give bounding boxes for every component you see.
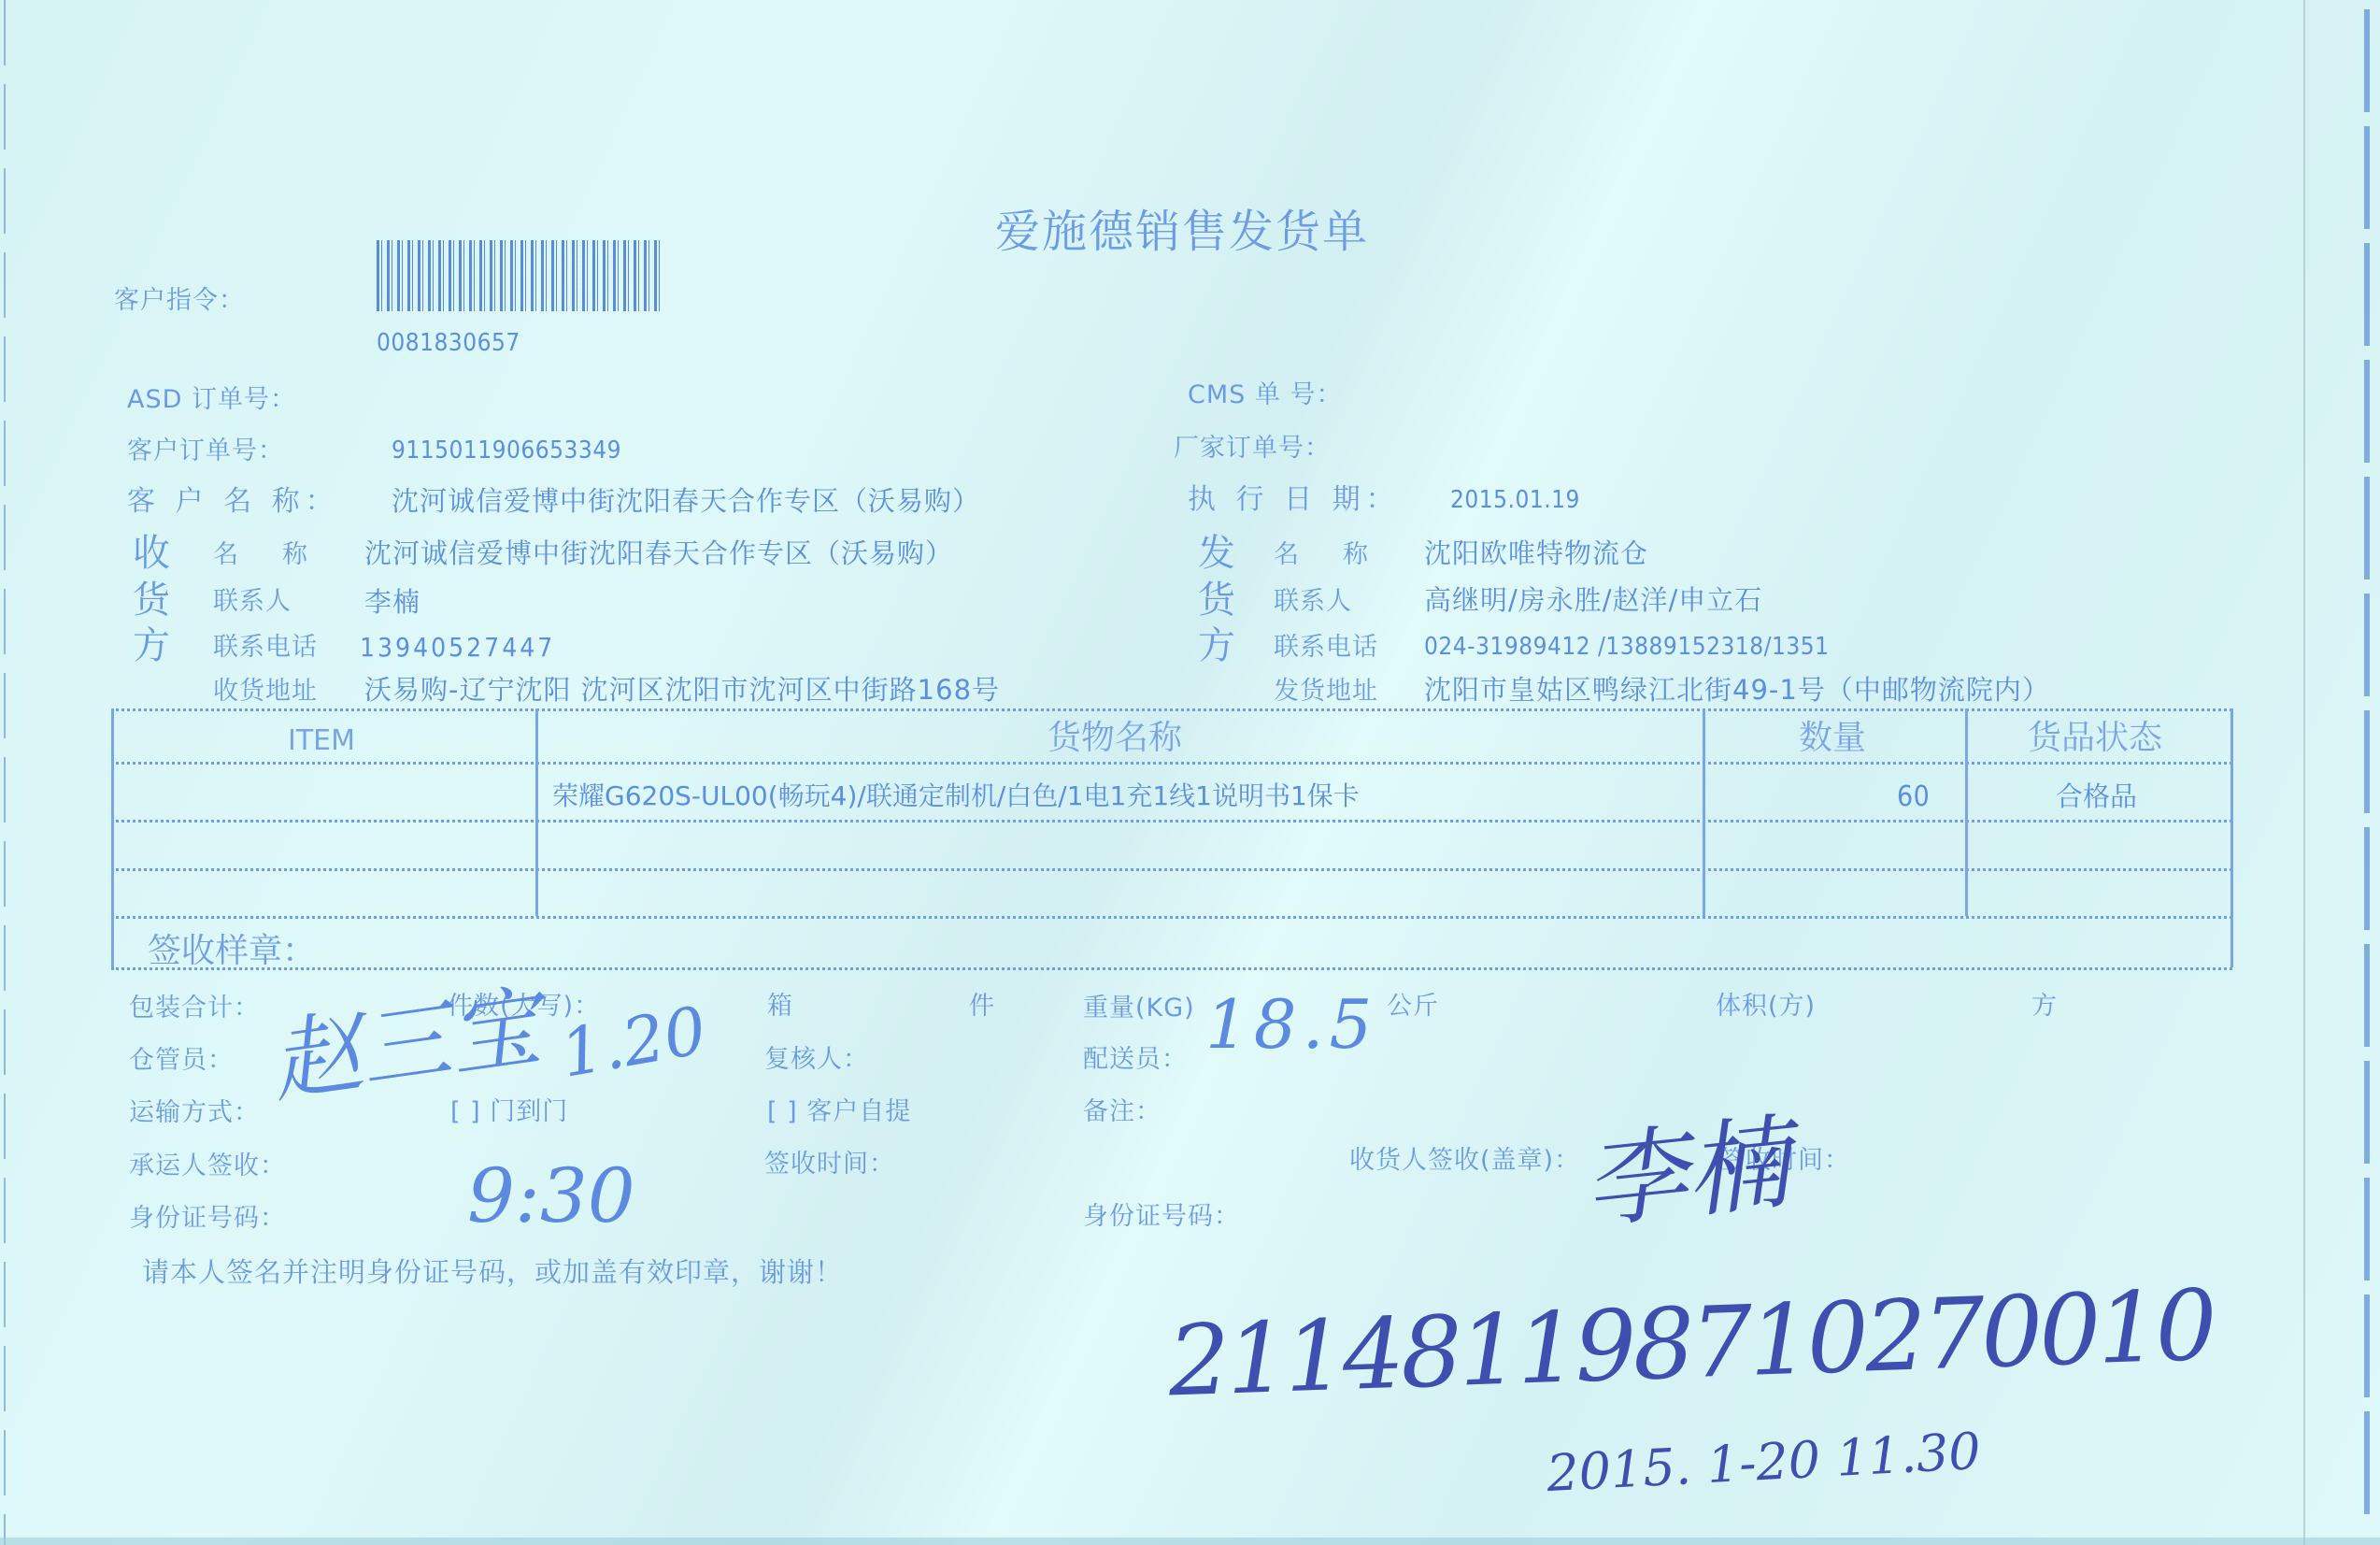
table-column-divider xyxy=(535,708,538,916)
row-quantity: 60 xyxy=(1897,783,1930,811)
manufacturer-order-label: 厂家订单号： xyxy=(1174,436,1331,461)
receiver-name-label: 名 称 xyxy=(213,542,317,567)
carrier-sign-label: 承运人签收： xyxy=(129,1153,286,1179)
receiver-address-value: 沃易购-辽宁沈阳 沈河区沈阳市沈河区中街路168号 xyxy=(364,677,1000,704)
receiver-address-label: 收货地址 xyxy=(213,679,318,704)
sign-stamp-label: 签收样章： xyxy=(148,935,316,968)
receiver-contact-value: 李楠 xyxy=(364,589,420,616)
document-title: 爱施德销售发货单 xyxy=(995,209,1369,254)
receiver-side-char-3: 方 xyxy=(133,627,171,665)
table-right-border xyxy=(2230,708,2233,967)
receiver-phone-value: 13940527447 xyxy=(360,635,555,661)
door-to-door-option[interactable]: [ ] 门到门 xyxy=(450,1099,568,1124)
fold-line xyxy=(2303,0,2305,1545)
receiver-id-handwritten: 211481198710270010 xyxy=(1167,1277,2216,1410)
carrier-id-handwritten: 9:30 xyxy=(467,1159,635,1234)
self-pickup-option[interactable]: [ ] 客户自提 xyxy=(767,1099,911,1124)
transport-label: 运输方式： xyxy=(129,1100,260,1125)
asd-order-label: ASD 订单号： xyxy=(127,387,296,412)
cms-order-label: CMS 单 号： xyxy=(1188,382,1342,408)
receiver-name-value: 沈河诚信爱博中街沈阳春天合作专区（沃易购） xyxy=(364,540,953,567)
signature-notice: 请本人签名并注明身份证号码，或加盖有效印章，谢谢！ xyxy=(142,1259,843,1286)
reviewer-label: 复核人： xyxy=(764,1047,869,1072)
sender-phone-label: 联系电话 xyxy=(1274,635,1378,660)
sender-phone-value: 024-31989412 /13889152318/1351 xyxy=(1424,635,1830,659)
receiver-phone-label: 联系电话 xyxy=(213,635,318,660)
column-header-status: 货品状态 xyxy=(2028,722,2162,755)
volume-unit-label: 方 xyxy=(2031,994,2058,1019)
column-header-item: ITEM xyxy=(288,727,355,755)
table-column-divider xyxy=(1965,708,1968,916)
table-column-divider xyxy=(1703,708,1705,916)
remarks-label: 备注： xyxy=(1083,1099,1161,1124)
receiver-id-label: 身份证号码： xyxy=(1083,1204,1240,1229)
kg-unit-label: 公斤 xyxy=(1387,994,1439,1019)
receiver-contact-label: 联系人 xyxy=(213,589,292,614)
row-goods-name: 荣耀G620S-UL00(畅玩4)/联通定制机/白色/1电1充1线1说明书1保卡 xyxy=(552,783,1360,809)
box-label: 箱 xyxy=(767,994,793,1019)
package-total-label: 包装合计： xyxy=(129,995,260,1021)
table-top-border xyxy=(111,708,2232,711)
sender-name-label: 名 称 xyxy=(1274,542,1377,567)
table-row-border xyxy=(111,820,2232,823)
receipt-datetime-handwritten: 2015. 1-20 11.30 xyxy=(1546,1426,1982,1499)
table-left-border xyxy=(111,708,114,967)
receiver-signature: 李楠 xyxy=(1579,1111,1794,1235)
delivery-person-label: 配送员： xyxy=(1083,1047,1188,1072)
perforation-right xyxy=(2364,9,2370,1524)
sender-address-label: 发货地址 xyxy=(1274,679,1378,704)
receiver-side-char-2: 货 xyxy=(133,581,171,619)
barcode xyxy=(377,240,661,311)
perforation-left xyxy=(4,0,6,1545)
weight-handwritten: 18.5 xyxy=(1205,991,1377,1058)
customer-order-label: 客户订单号： xyxy=(127,438,284,464)
table-row-border xyxy=(111,916,2232,919)
sender-contact-label: 联系人 xyxy=(1274,589,1352,614)
sender-side-char-3: 方 xyxy=(1198,627,1236,665)
exec-date-label: 执 行 日 期： xyxy=(1188,486,1400,514)
column-header-quantity: 数量 xyxy=(1799,722,1866,755)
weight-label: 重量(KG) xyxy=(1083,995,1195,1021)
customer-name-label: 客 户 名 称： xyxy=(127,488,339,516)
customer-command-label: 客户指令： xyxy=(114,288,245,313)
receiver-sign-label: 收货人签收(盖章)： xyxy=(1349,1148,1580,1173)
warehouse-keeper-label: 仓管员： xyxy=(129,1048,234,1073)
sender-name-value: 沈阳欧唯特物流仓 xyxy=(1424,540,1648,567)
row-status: 合格品 xyxy=(2056,783,2137,810)
table-row-border xyxy=(111,868,2232,871)
sender-side-char-1: 发 xyxy=(1198,535,1236,572)
paper-bottom-edge xyxy=(0,1538,2380,1545)
customer-order-value: 9115011906653349 xyxy=(392,438,621,463)
delivery-note-paper: 爱施德销售发货单 客户指令： 0081830657 ASD 订单号： CMS 单… xyxy=(0,0,2380,1545)
table-bottom-border xyxy=(111,967,2232,970)
sender-address-value: 沈阳市皇姑区鸭绿江北街49-1号（中邮物流院内） xyxy=(1424,677,2050,704)
column-header-goods-name: 货物名称 xyxy=(1047,722,1182,755)
sender-side-char-2: 货 xyxy=(1198,581,1236,619)
sender-contact-value: 高继明/房永胜/赵洋/申立石 xyxy=(1424,587,1762,614)
receiver-side-char-1: 收 xyxy=(133,535,171,572)
barcode-number: 0081830657 xyxy=(377,331,520,355)
volume-label: 体积(方) xyxy=(1716,994,1816,1019)
carrier-id-label: 身份证号码： xyxy=(129,1206,286,1231)
carrier-sign-time-label: 签收时间： xyxy=(764,1152,895,1177)
table-header-border xyxy=(111,762,2232,765)
exec-date-value: 2015.01.19 xyxy=(1450,488,1580,512)
warehouse-keeper-signature: 赵三宝 xyxy=(266,981,546,1108)
customer-name-value: 沈河诚信爱博中街沈阳春天合作专区（沃易购） xyxy=(392,488,980,515)
piece-unit-label: 件 xyxy=(969,994,995,1019)
